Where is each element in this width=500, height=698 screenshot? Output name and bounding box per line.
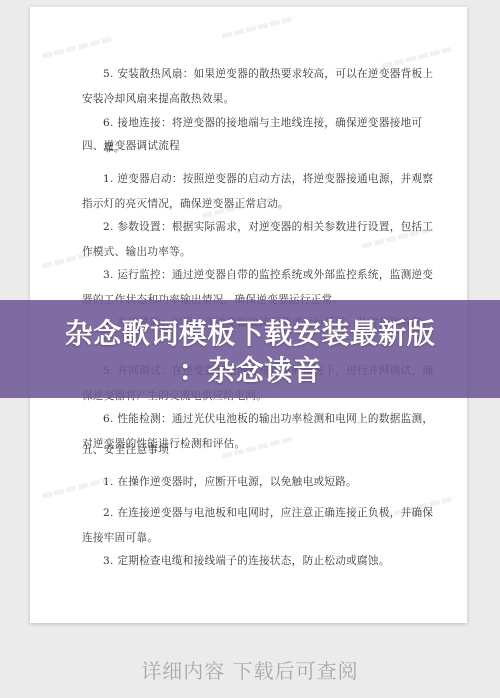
paragraph-text: 1. 逆变器启动：按照逆变器的启动方法，将逆变器接通电源，并观察 xyxy=(103,173,433,185)
overlay-title-line-1: 杂念歌词模板下载安装最新版 xyxy=(0,315,500,352)
paragraph-first-line: 1. 在操作逆变器时，应断开电源，以免触电或短路。 xyxy=(82,470,442,495)
paragraph-first-line: 6. 性能检测：通过光伏电池板的输出功率检测和电网上的数据监测， xyxy=(82,407,442,432)
section-heading: 四、逆变器调试流程 xyxy=(82,134,442,159)
paragraph-continuation: 安装冷却风扇来提高散热效果。 xyxy=(82,87,442,112)
document-paragraph: 2. 在连接逆变器与电池板和电网时，应注意正确连接正负极，并确保连接牢固可靠。 xyxy=(82,501,442,551)
paragraph-continuation: 作模式、输出功率等。 xyxy=(82,240,442,265)
paragraph-text: 5. 安装散热风扇：如果逆变器的散热要求较高，可以在逆变器背板上 xyxy=(103,68,433,80)
document-paragraph: 1. 逆变器启动：按照逆变器的启动方法，将逆变器接通电源，并观察指示灯的亮灭情况… xyxy=(82,167,442,217)
document-paragraph: 3. 定期检查电缆和接线端子的连接状态，防止松动或腐蚀。 xyxy=(82,549,442,574)
paragraph-first-line: 3. 定期检查电缆和接线端子的连接状态，防止松动或腐蚀。 xyxy=(82,549,442,574)
paragraph-first-line: 3. 运行监控：通过逆变器自带的监控系统或外部监控系统，监测逆变 xyxy=(82,263,442,288)
overlay-title-line-2: ：杂念读音 xyxy=(0,352,500,389)
paragraph-first-line: 2. 参数设置：根据实际需求，对逆变器的相关参数进行设置，包括工 xyxy=(82,215,442,240)
section-heading-text: 五、安全注意事项 xyxy=(82,444,169,456)
paragraph-continuation: 连接牢固可靠。 xyxy=(82,526,442,551)
paragraph-text: 2. 参数设置：根据实际需求，对逆变器的相关参数进行设置，包括工 xyxy=(103,221,433,233)
overlay-title: 杂念歌词模板下载安装最新版 ：杂念读音 xyxy=(0,315,500,389)
paragraph-continuation: 指示灯的亮灭情况，确保逆变器正常启动。 xyxy=(82,192,442,217)
paragraph-text: 6. 性能检测：通过光伏电池板的输出功率检测和电网上的数据监测， xyxy=(103,413,433,425)
document-paragraph: 1. 在操作逆变器时，应断开电源，以免触电或短路。 xyxy=(82,470,442,495)
paragraph-text: 3. 定期检查电缆和接线端子的连接状态，防止松动或腐蚀。 xyxy=(103,555,390,567)
section-heading-text: 四、逆变器调试流程 xyxy=(82,140,180,152)
title-overlay-banner: 杂念歌词模板下载安装最新版 ：杂念读音 xyxy=(0,300,500,398)
document-paragraph: 2. 参数设置：根据实际需求，对逆变器的相关参数进行设置，包括工作模式、输出功率… xyxy=(82,215,442,265)
paragraph-text: 2. 在连接逆变器与电池板和电网时，应注意正确连接正负极，并确保 xyxy=(103,507,433,519)
download-to-view-footer[interactable]: 详细内容 下载后可查阅 xyxy=(0,655,500,684)
section-heading: 五、安全注意事项 xyxy=(82,438,442,463)
document-paragraph: 5. 安装散热风扇：如果逆变器的散热要求较高，可以在逆变器背板上安装冷却风扇来提… xyxy=(82,62,442,112)
paragraph-text: 1. 在操作逆变器时，应断开电源，以免触电或短路。 xyxy=(103,476,357,488)
paragraph-text: 3. 运行监控：通过逆变器自带的监控系统或外部监控系统，监测逆变 xyxy=(103,269,433,281)
paragraph-first-line: 5. 安装散热风扇：如果逆变器的散热要求较高，可以在逆变器背板上 xyxy=(82,62,442,87)
paragraph-first-line: 2. 在连接逆变器与电池板和电网时，应注意正确连接正负极，并确保 xyxy=(82,501,442,526)
paragraph-first-line: 1. 逆变器启动：按照逆变器的启动方法，将逆变器接通电源，并观察 xyxy=(82,167,442,192)
